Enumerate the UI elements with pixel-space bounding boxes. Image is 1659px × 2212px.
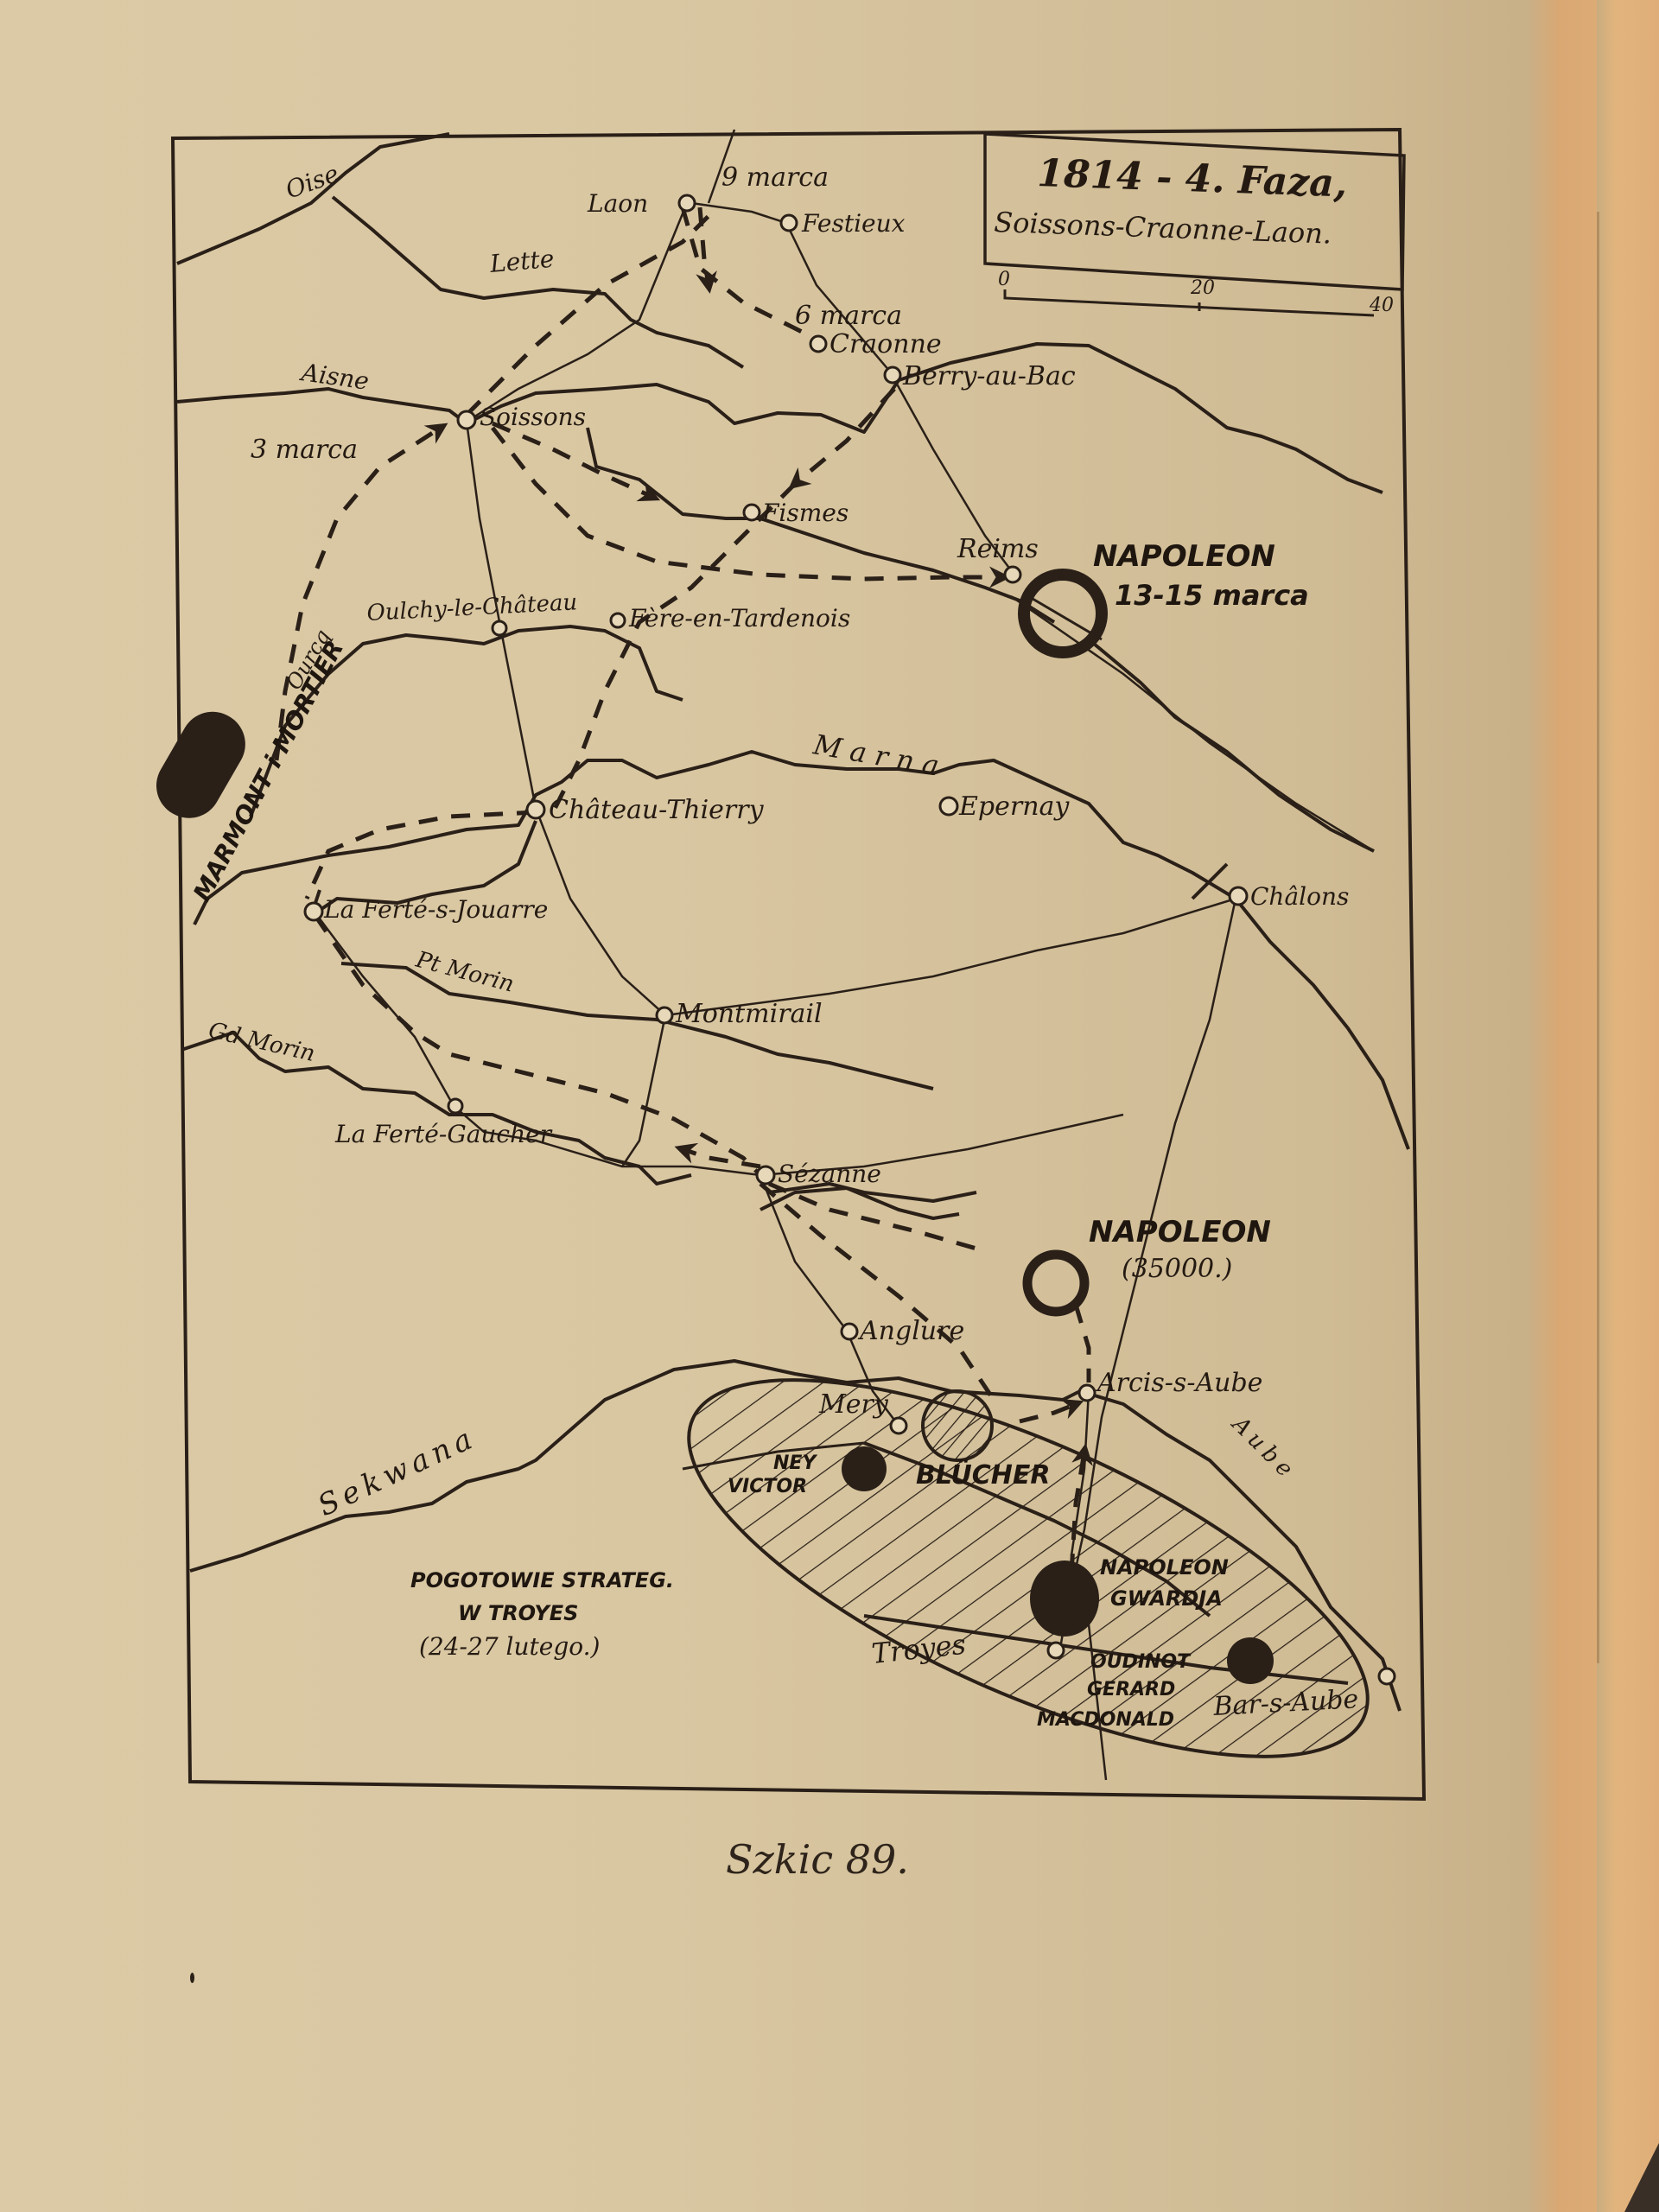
label-blucher: BLÜCHER — [916, 1459, 1050, 1491]
strategic-note: POGOTOWIE STRATEG. W TROYES (24-27 luteg… — [410, 1568, 674, 1661]
map-title: 1814 - 4. Faza, — [1037, 151, 1348, 206]
label-oulchy: Oulchy-le-Château — [366, 589, 578, 626]
figure-caption: Szkic 89. — [726, 1836, 909, 1883]
scale-tick-20: 20 — [1190, 277, 1215, 299]
route-soissons-reims — [493, 428, 1002, 579]
oudinot-gerard-macdonald-marker — [1227, 1637, 1274, 1684]
label-mery: Mery — [818, 1389, 889, 1420]
river-marne-north — [1192, 864, 1227, 899]
label-ney: NEY — [773, 1452, 817, 1474]
route-napoleon-arcis — [1076, 1305, 1089, 1382]
label-berry-au-bac: Berry-au-Bac — [902, 361, 1076, 391]
label-arcis-s-aube: Arcis-s-Aube — [1095, 1368, 1262, 1398]
label-napoleon-35000: NAPOLEON — [1089, 1215, 1271, 1249]
label-river-pt-morin: Pt Morin — [412, 947, 517, 998]
scale-tick-0: 0 — [998, 269, 1010, 290]
label-napoleon-reims: NAPOLEON — [1093, 539, 1275, 574]
label-napoleon-guard: NAPOLEON — [1100, 1555, 1229, 1580]
label-soissons: Soissons — [480, 403, 586, 431]
note-line-3: (24-27 lutego.) — [419, 1632, 600, 1661]
route-soissons-laon — [467, 207, 717, 415]
label-macdonald: MACDONALD — [1037, 1709, 1174, 1731]
note-line-2: W TROYES — [458, 1601, 578, 1625]
label-reims: Reims — [957, 534, 1039, 564]
label-chalons: Châlons — [1250, 882, 1349, 911]
scale-tick-40: 40 — [1369, 295, 1394, 316]
label-festieux: Festieux — [801, 209, 906, 238]
route-blucher-arcis — [1020, 1404, 1076, 1421]
label-laon: Laon — [587, 189, 648, 218]
route-berry-fismes — [795, 389, 894, 484]
label-river-lette: Lette — [488, 245, 556, 278]
river-chalons-east — [1236, 899, 1408, 1149]
label-montmirail: Montmirail — [675, 999, 823, 1029]
label-gerard: GERARD — [1087, 1679, 1175, 1700]
river-pt-morin — [341, 963, 933, 1089]
label-oudinot: OUDINOT — [1090, 1651, 1192, 1673]
map-subtitle: Soissons-Craonne-Laon. — [994, 206, 1332, 251]
route-fere-chateau — [553, 484, 795, 812]
label-napoleon-strength: (35000.) — [1122, 1254, 1232, 1284]
river-oise — [177, 134, 449, 264]
ney-victor-marker — [842, 1446, 887, 1491]
label-date-9-marca: 9 marca — [721, 162, 829, 193]
label-craonne: Craonne — [829, 329, 942, 359]
label-date-3-marca: 3 marca — [251, 435, 358, 465]
label-river-marna: Marna — [810, 728, 950, 784]
strategic-position-zone — [642, 1305, 1414, 1833]
label-fere-en-tardenois: Fère-en-Tardenois — [628, 604, 850, 632]
label-fismes: Fismes — [761, 499, 849, 527]
blucher-position — [923, 1391, 992, 1460]
route-sezanne-mery — [760, 1184, 994, 1400]
label-victor: VICTOR — [728, 1476, 807, 1497]
river-gd-morin — [181, 1033, 691, 1184]
napoleon-35000-marker — [1027, 1255, 1084, 1312]
label-epernay: Epernay — [958, 791, 1070, 822]
napoleon-guard-marker — [1030, 1560, 1099, 1637]
label-date-6-marca: 6 marca — [795, 301, 902, 331]
river-vesle-east — [1089, 639, 1374, 851]
label-gwardja: GWARDJA — [1110, 1586, 1223, 1611]
label-la-ferte-gaucher: La Ferté-Gaucher — [334, 1120, 553, 1148]
route-sezanne-ferte — [683, 1149, 760, 1166]
note-line-1: POGOTOWIE STRATEG. — [410, 1568, 674, 1592]
title-box: 1814 - 4. Faza, Soissons-Craonne-Laon. 0… — [985, 134, 1404, 316]
label-sezanne: Sézanne — [778, 1160, 881, 1188]
label-la-ferte-s-jouarre: La Ferté-s-Jouarre — [323, 895, 548, 924]
label-napoleon-reims-date: 13-15 marca — [1115, 579, 1309, 612]
river-labels: Oise Lette Aisne Ourcq Marna Pt Morin Gd… — [206, 159, 1301, 1523]
label-chateau-thierry: Château-Thierry — [549, 795, 765, 825]
label-river-sekwana: Sekwana — [313, 1420, 482, 1523]
label-river-aube: Aube — [1226, 1410, 1301, 1485]
label-anglure: Anglure — [857, 1316, 964, 1346]
